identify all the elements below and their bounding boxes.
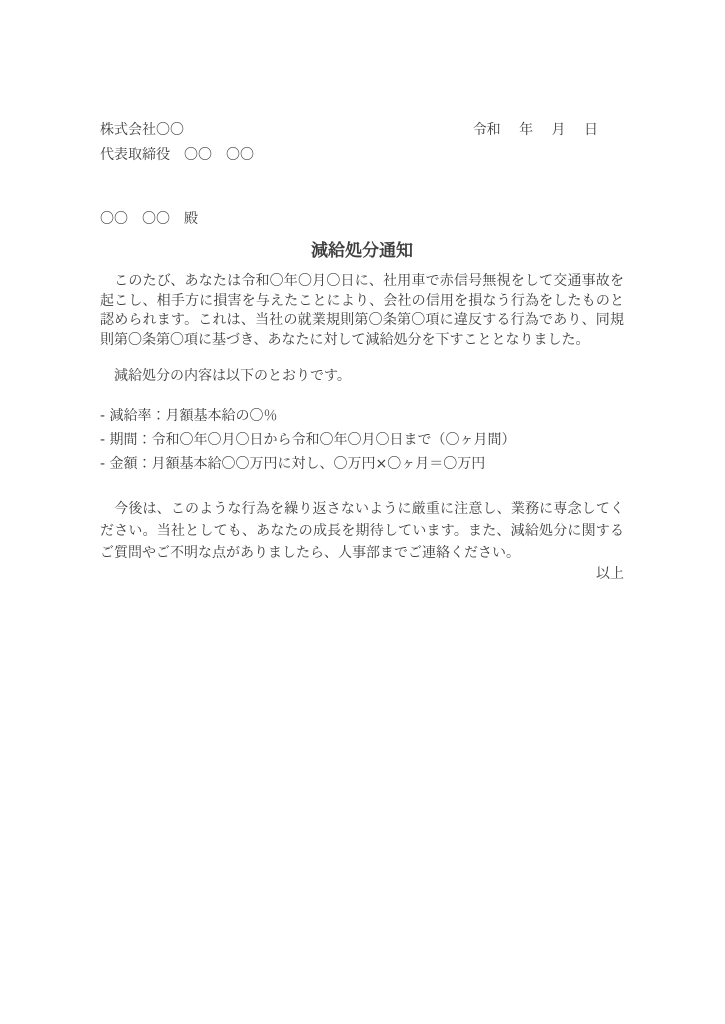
document-page: 株式会社〇〇 令和 年 月 日 代表取締役 〇〇 〇〇 〇〇 〇〇 殿 減給処分… <box>0 0 725 1024</box>
addressee: 〇〇 〇〇 殿 <box>100 211 624 227</box>
penalty-item-reduction-rate: - 減給率：月額基本給の〇％ <box>100 404 624 428</box>
sender-representative: 代表取締役 〇〇 〇〇 <box>100 147 624 163</box>
body-paragraph-reason: このたび、あなたは令和〇年〇月〇日に、社用車で赤信号無視をして交通事故を起こし、… <box>100 272 624 350</box>
letter-content: 株式会社〇〇 令和 年 月 日 代表取締役 〇〇 〇〇 〇〇 〇〇 殿 減給処分… <box>100 122 624 582</box>
document-title: 減給処分通知 <box>100 241 624 262</box>
closing-paragraph: 今後は、このような行為を繰り返さないように厳重に注意し、業務に専念してください。… <box>100 498 624 564</box>
sign-off: 以上 <box>100 566 624 582</box>
sender-company-name: 株式会社〇〇 <box>100 122 184 138</box>
penalty-item-period: - 期間：令和〇年〇月〇日から令和〇年〇月〇日まで（〇ヶ月間） <box>100 428 624 452</box>
penalty-details-list: - 減給率：月額基本給の〇％ - 期間：令和〇年〇月〇日から令和〇年〇月〇日まで… <box>100 404 624 476</box>
header-row: 株式会社〇〇 令和 年 月 日 <box>100 122 624 138</box>
issue-date: 令和 年 月 日 <box>473 122 624 138</box>
penalty-item-amount: - 金額：月額基本給〇〇万円に対し、〇万円×〇ヶ月＝〇万円 <box>100 452 624 476</box>
penalty-details-intro: 減給処分の内容は以下のとおりです。 <box>100 367 624 387</box>
